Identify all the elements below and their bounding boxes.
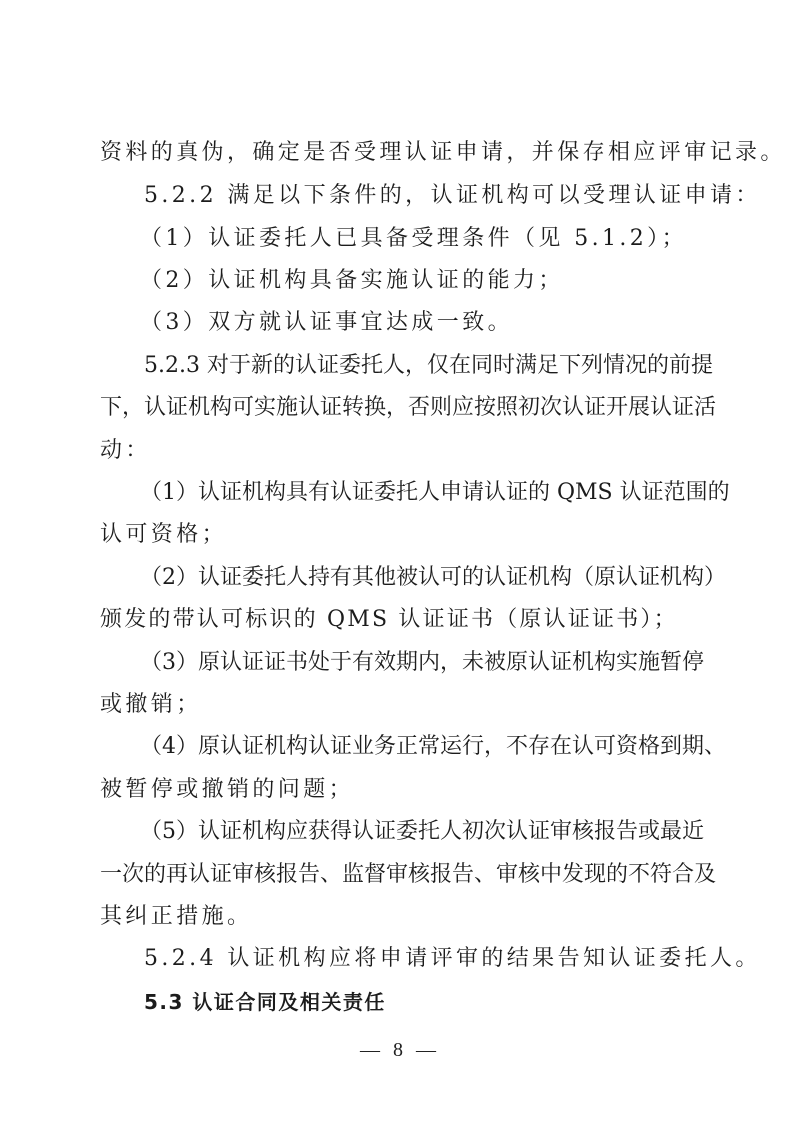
- clause-5-2-3-item-2-line-1: （2）认证委托人持有其他被认可的认证机构（原认证机构）: [140, 563, 702, 593]
- page-number: — 8 —: [0, 1039, 800, 1062]
- clause-5-2-2-item-3: （3）双方就认证事宜达成一致。: [140, 308, 513, 338]
- clause-5-2-3-item-4-line-1: （4）原认证机构认证业务正常运行，不存在认可资格到期、: [140, 732, 702, 762]
- clause-5-2-2: 5.2.2 满足以下条件的，认证机构可以受理认证申请：: [144, 181, 761, 211]
- clause-5-2-2-item-2: （2）认证机构具备实施认证的能力；: [140, 266, 564, 296]
- clause-5-2-3-line-1: 5.2.3 对于新的认证委托人，仅在同时满足下列情况的前提: [144, 351, 702, 381]
- clause-5-2-3-line-3: 动：: [100, 436, 151, 466]
- clause-5-2-3-item-2-line-2: 颁发的带认可标识的 QMS 认证证书（原认证证书）；: [100, 605, 678, 635]
- clause-5-2-3-item-5-line-1: （5）认证机构应获得认证委托人初次认证审核报告或最近: [140, 817, 702, 847]
- clause-5-2-2-item-1: （1）认证委托人已具备受理条件（见 5.1.2）；: [140, 224, 687, 254]
- clause-5-2-3-item-1-line-1: （1）认证机构具有认证委托人申请认证的 QMS 认证范围的: [140, 478, 702, 508]
- clause-5-2-3-item-1-line-2: 认可资格；: [100, 520, 227, 550]
- clause-5-2-4: 5.2.4 认证机构应将申请评审的结果告知认证委托人。: [144, 944, 761, 974]
- clause-5-2-3-line-2: 下，认证机构可实施认证转换，否则应按照初次认证开展认证活: [100, 393, 702, 423]
- clause-5-2-3-item-5-line-3: 其纠正措施。: [100, 902, 252, 932]
- clause-5-2-3-item-4-line-2: 被暂停或撤销的问题；: [100, 775, 354, 805]
- clause-5-2-3-item-5-line-2: 一次的再认证审核报告、监督审核报告、审核中发现的不符合及: [100, 860, 702, 890]
- paragraph-line-continuation: 资料的真伪，确定是否受理认证申请，并保存相应评审记录。: [100, 138, 786, 168]
- clause-5-2-3-item-3-line-1: （3）原认证证书处于有效期内，未被原认证机构实施暂停: [140, 648, 702, 678]
- section-heading-5-3: 5.3 认证合同及相关责任: [144, 987, 386, 1017]
- clause-5-2-3-item-3-line-2: 或撤销；: [100, 690, 202, 720]
